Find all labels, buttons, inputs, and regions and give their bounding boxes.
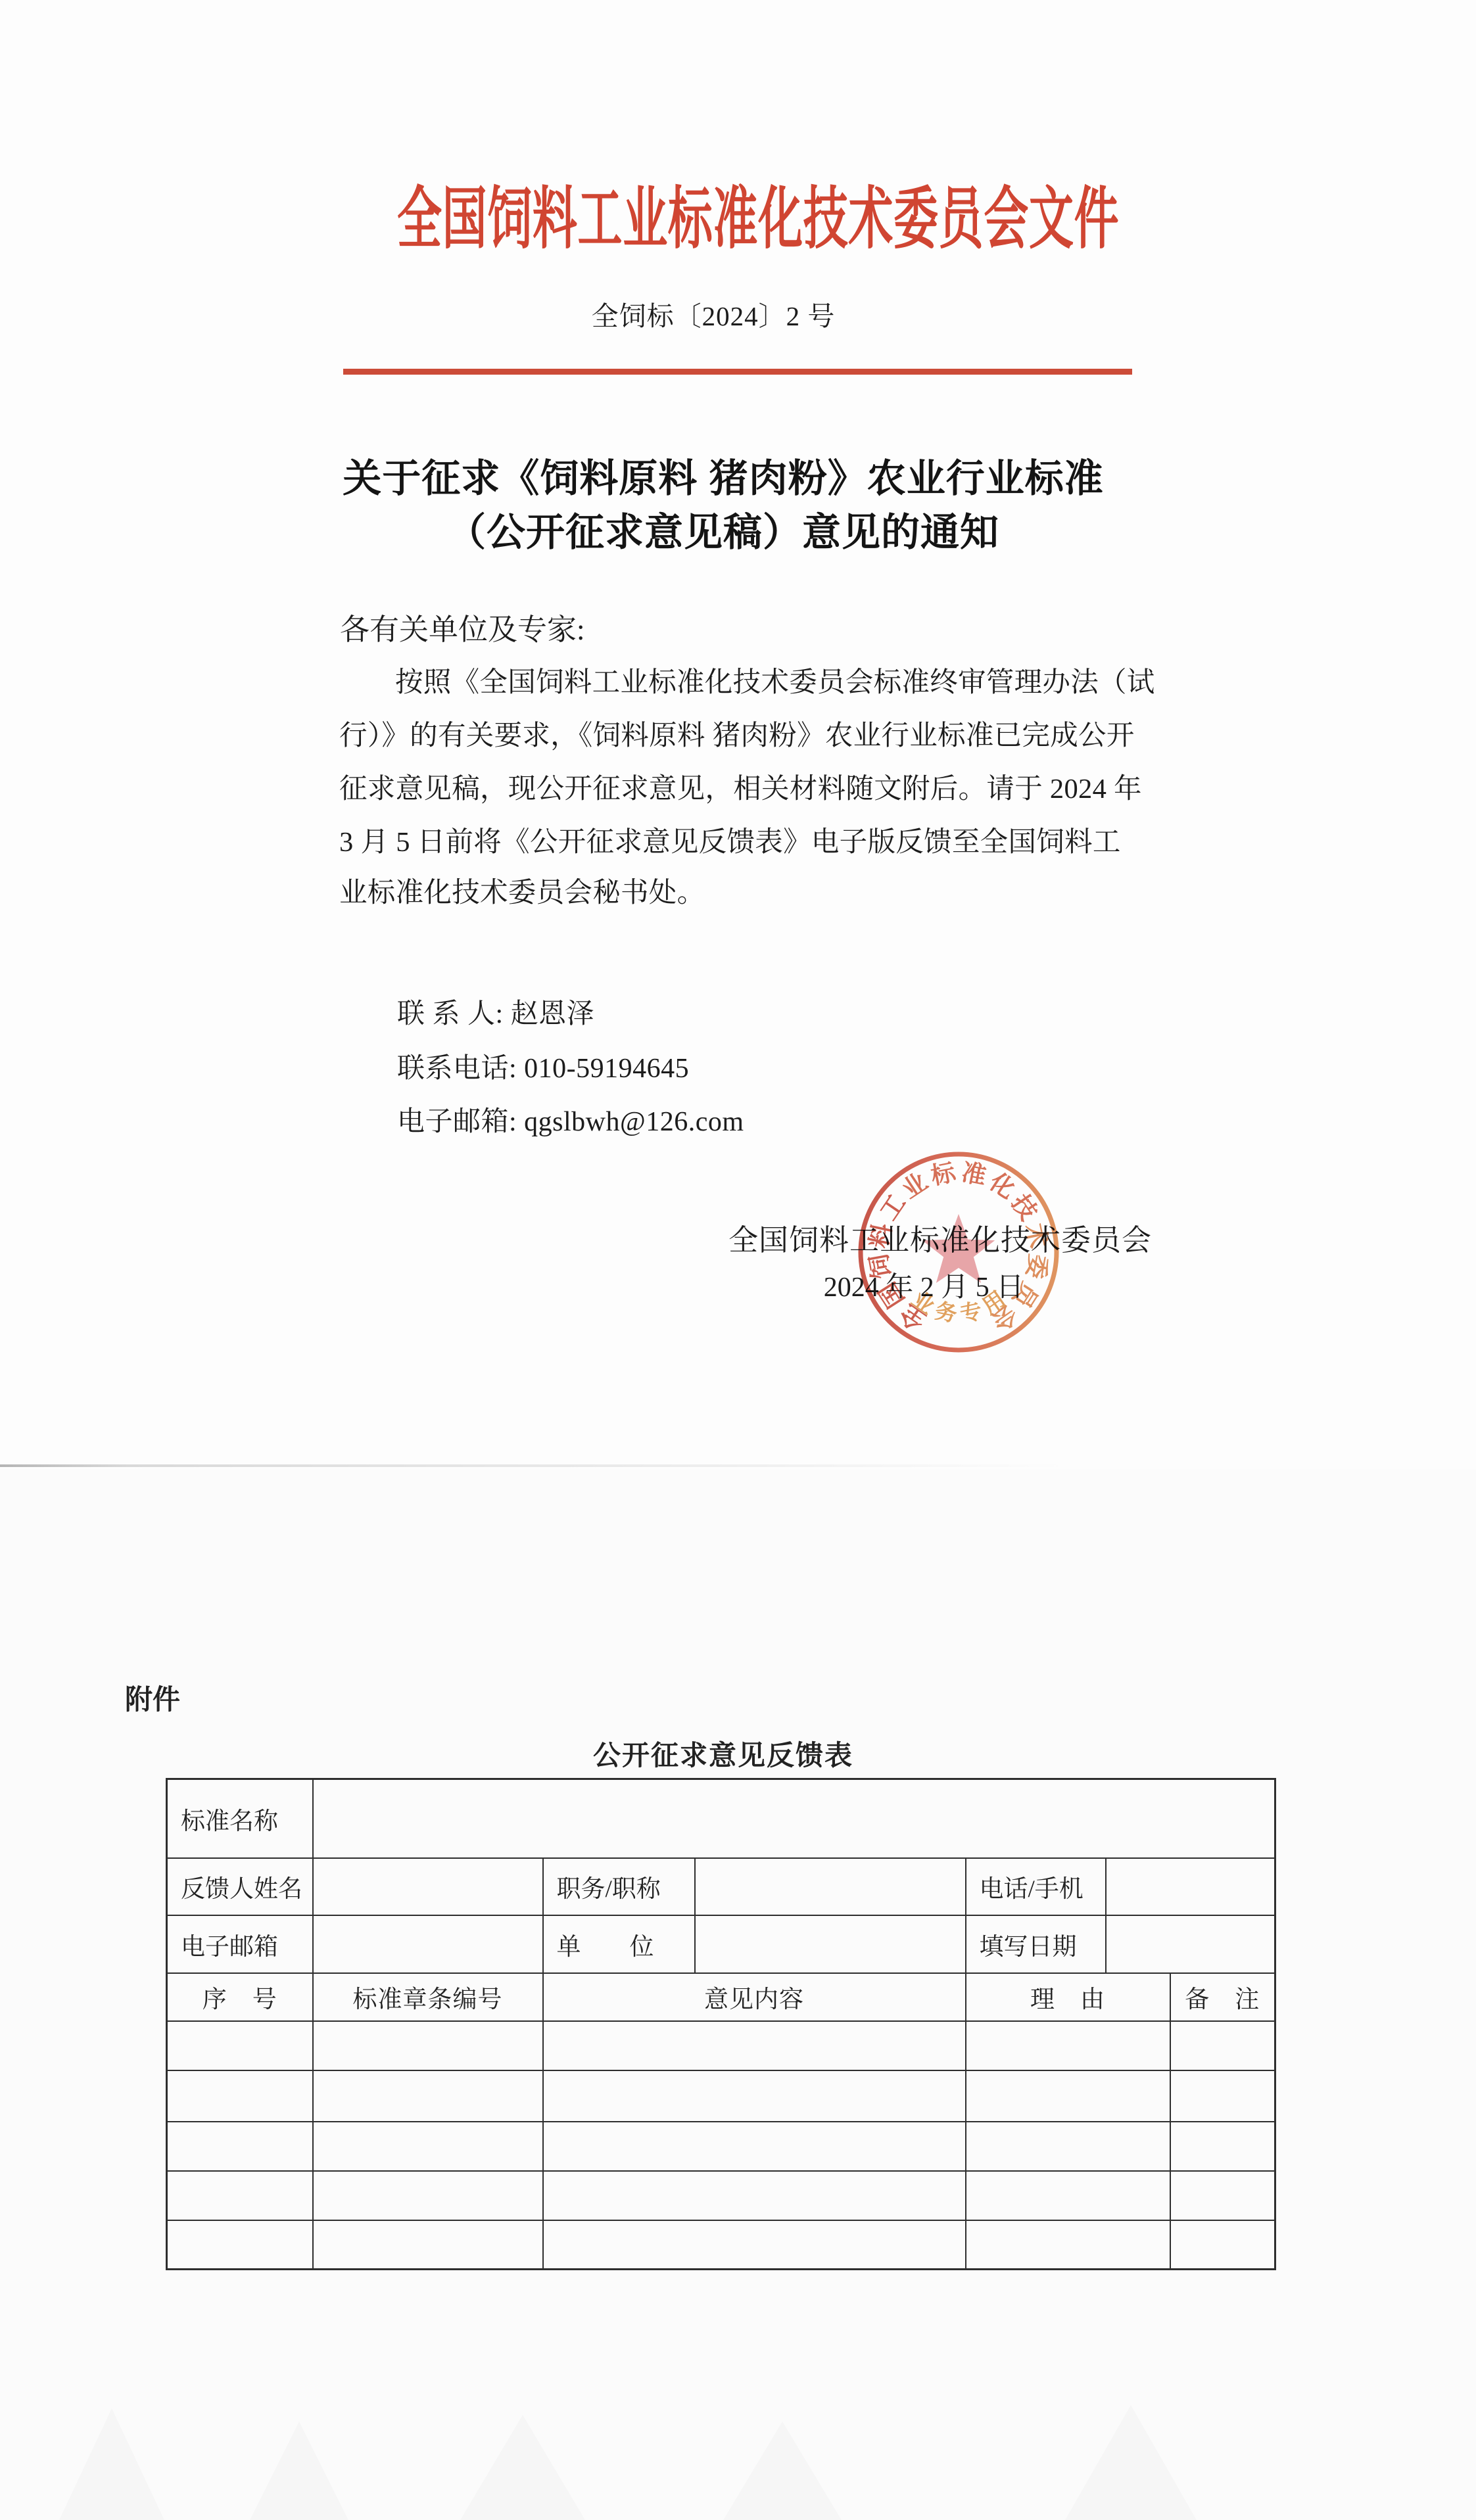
standard-name-value-cell	[313, 1779, 1275, 1858]
empty-cell	[167, 2122, 313, 2171]
empty-cell	[543, 2220, 966, 2270]
table-label-position: 职务/职称	[543, 1858, 695, 1915]
empty-cell	[543, 2171, 966, 2220]
empty-cell	[167, 2070, 313, 2122]
column-header-comment: 意见内容	[543, 1973, 966, 2021]
table-label-standard-name: 标准名称	[167, 1779, 313, 1858]
empty-cell	[543, 2122, 966, 2171]
red-header-title: 全国饲料工业标准化技术委员会文件	[397, 164, 1127, 243]
body-paragraph-line: 3 月 5 日前将《公开征求意见反馈表》电子版反馈至全国饲料工	[339, 820, 1121, 860]
feedback-table-title: 公开征求意见反馈表	[394, 1734, 1052, 1773]
star-icon	[922, 1214, 995, 1283]
empty-cell	[966, 2070, 1170, 2122]
body-paragraph-line: 行）》的有关要求，《饲料原料 猪肉粉》农业行业标准已完成公开	[339, 713, 1135, 753]
empty-cell	[1170, 2070, 1275, 2122]
position-value-cell	[695, 1858, 966, 1915]
red-header-title-text: 全国饲料工业标准化技术委员会文件	[397, 164, 1119, 262]
standard-name-row: 标准名称	[167, 1779, 1275, 1858]
feedback-rows	[167, 2021, 1275, 2270]
notice-title-line2: （公开征求意见稿）意见的通知	[299, 501, 1147, 557]
email-value-cell	[313, 1915, 543, 1973]
body-paragraph-line: 征求意见稿，现公开征求意见，相关材料随文附后。请于 2024 年	[339, 766, 1142, 806]
feedback-table: 标准名称 反馈人姓名 职务/职称 电话/手机 电子邮箱 单 位 填写日期 序	[166, 1778, 1276, 2270]
svg-text:务: 务	[933, 1299, 959, 1327]
page-separator-line	[0, 1464, 1065, 1467]
empty-feedback-row	[167, 2070, 1275, 2122]
table-label-email: 电子邮箱	[167, 1915, 313, 1973]
svg-text:准: 准	[959, 1159, 988, 1190]
empty-cell	[966, 2220, 1170, 2270]
scan-smudge	[59, 2408, 164, 2520]
table-label-organization: 单 位	[543, 1915, 695, 1973]
svg-text:料: 料	[865, 1221, 897, 1251]
table-label-phone: 电话/手机	[966, 1858, 1106, 1915]
empty-cell	[313, 2122, 543, 2171]
svg-text:饲: 饲	[865, 1252, 896, 1281]
empty-cell	[167, 2220, 313, 2270]
empty-cell	[313, 2021, 543, 2070]
scan-smudge	[250, 2421, 348, 2520]
salutation: 各有关单位及专家:	[340, 605, 585, 648]
empty-feedback-row	[167, 2171, 1275, 2220]
empty-cell	[966, 2021, 1170, 2070]
column-header-clause: 标准章条编号	[313, 1973, 543, 2021]
organization-value-cell	[695, 1915, 966, 1973]
doc-number: 全饲标〔2024〕2 号	[385, 294, 1042, 333]
empty-cell	[966, 2122, 1170, 2171]
empty-cell	[1170, 2220, 1275, 2270]
empty-cell	[1170, 2021, 1275, 2070]
svg-text:标: 标	[928, 1158, 958, 1190]
contact-phone-line: 联系电话: 010-59194645	[397, 1046, 689, 1086]
svg-text:委: 委	[1021, 1252, 1053, 1281]
table-label-fill-date: 填写日期	[966, 1915, 1106, 1973]
body-paragraph-line: 业标准化技术委员会秘书处。	[339, 870, 705, 910]
scanned-document: 全国饲料工业标准化技术委员会文件 全饲标〔2024〕2 号 关于征求《饲料原料 …	[0, 0, 1476, 2520]
email-row: 电子邮箱 单 位 填写日期	[167, 1915, 1275, 1973]
empty-cell	[543, 2021, 966, 2070]
scan-smudge	[460, 2415, 585, 2520]
empty-feedback-row	[167, 2220, 1275, 2270]
column-header-seq: 序 号	[167, 1973, 313, 2021]
fill-date-value-cell	[1106, 1915, 1275, 1973]
table-header-row: 序 号 标准章条编号 意见内容 理 由 备 注	[167, 1973, 1275, 2021]
feedback-person-row: 反馈人姓名 职务/职称 电话/手机	[167, 1858, 1275, 1915]
notice-title-line1: 关于征求《饲料原料 猪肉粉》农业行业标准	[299, 447, 1147, 503]
empty-cell	[167, 2021, 313, 2070]
empty-feedback-row	[167, 2021, 1275, 2070]
column-header-remark: 备 注	[1170, 1973, 1275, 2021]
empty-cell	[313, 2070, 543, 2122]
table-label-feedback-name: 反馈人姓名	[167, 1858, 313, 1915]
body-paragraph-line: 按照《全国饲料工业标准化技术委员会标准终审管理办法（试	[395, 660, 1155, 700]
red-separator-line	[343, 369, 1132, 375]
empty-cell	[966, 2171, 1170, 2220]
scan-smudge	[1065, 2405, 1197, 2520]
contact-email-line: 电子邮箱: qgslbwh@126.com	[397, 1100, 744, 1139]
svg-text:术: 术	[1020, 1221, 1053, 1251]
official-seal: 全国饲料工业标准化技术委员会 业务专用	[842, 1135, 1076, 1369]
empty-cell	[1170, 2171, 1275, 2220]
empty-cell	[1170, 2122, 1275, 2171]
contact-person-line: 联 系 人: 赵恩泽	[397, 992, 594, 1031]
attachment-label: 附件	[125, 1678, 180, 1717]
empty-cell	[313, 2171, 543, 2220]
empty-feedback-row	[167, 2122, 1275, 2171]
feedback-name-value-cell	[313, 1858, 543, 1915]
empty-cell	[313, 2220, 543, 2270]
column-header-reason: 理 由	[966, 1973, 1170, 2021]
empty-cell	[167, 2171, 313, 2220]
scan-smudge	[723, 2421, 842, 2520]
phone-value-cell	[1106, 1858, 1275, 1915]
empty-cell	[543, 2070, 966, 2122]
